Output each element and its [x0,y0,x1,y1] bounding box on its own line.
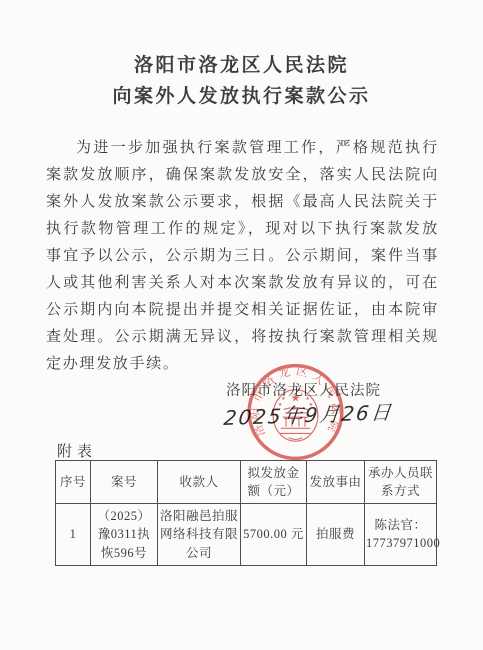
cell-reason: 拍服费 [307,504,365,565]
cell-serial-no: 1 [56,504,91,565]
contact-phone: 17737971000 [366,534,435,552]
handwritten-date: 2025年9月26日 [223,396,395,431]
header-case-no: 案号 [91,461,158,504]
document-title-line1: 洛阳市洛龙区人民法院 [0,50,483,77]
contact-name: 陈法官： [366,516,435,534]
table-header-row: 序号 案号 收款人 拟发放金额（元） 发放事由 承办人员联系方式 [56,461,437,504]
header-contact: 承办人员联系方式 [365,461,437,504]
cell-contact: 陈法官： 17737971000 [365,504,437,565]
header-serial-no: 序号 [56,461,91,504]
header-reason: 发放事由 [307,461,365,504]
attachment-table-label: 附表 [57,440,97,461]
cell-payee: 洛阳融邑拍服网络科技有限公司 [158,504,241,565]
cell-case-no: （2025）豫0311执恢596号 [91,504,158,565]
header-payee: 收款人 [158,461,241,504]
document-title-line2: 向案外人发放执行案款公示 [0,81,483,108]
table-row: 1 （2025）豫0311执恢596号 洛阳融邑拍服网络科技有限公司 5700.… [56,504,437,565]
notice-document-page: 洛阳市洛龙区人民法院 向案外人发放执行案款公示 为进一步加强执行案款管理工作，严… [0,0,483,650]
header-amount: 拟发放金额（元） [241,461,307,504]
cell-amount: 5700.00 元 [241,504,307,565]
case-funds-table: 序号 案号 收款人 拟发放金额（元） 发放事由 承办人员联系方式 1 （2025… [55,460,437,566]
notice-body-paragraph: 为进一步加强执行案款管理工作，严格规范执行案款发放顺序，确保案款发放安全，落实人… [46,135,439,378]
